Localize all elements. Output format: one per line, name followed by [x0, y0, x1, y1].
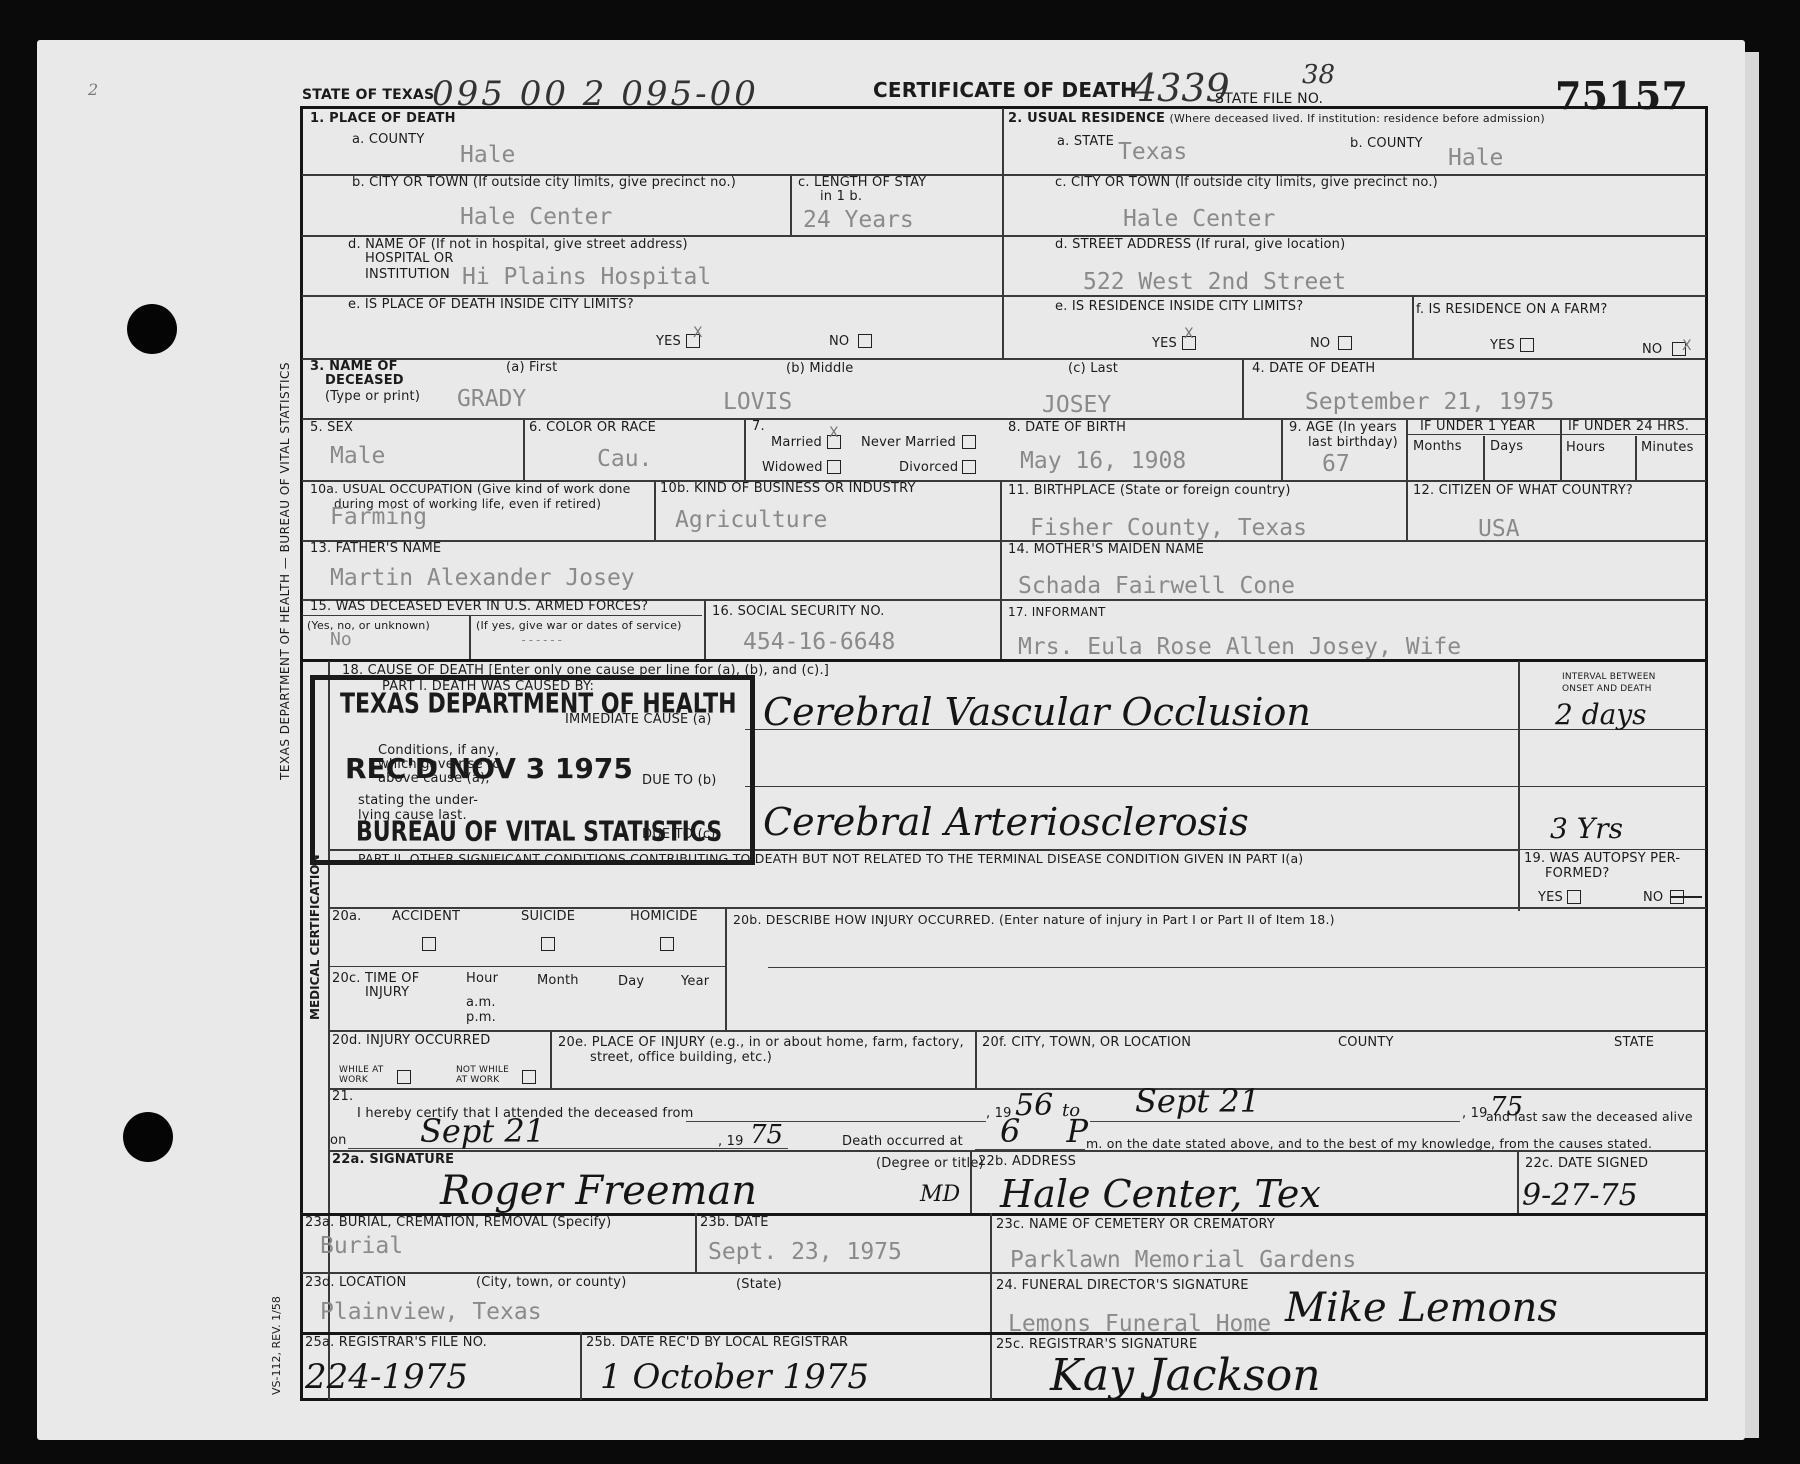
- pod-county-label: a. COUNTY: [352, 133, 424, 147]
- date-signed-value: 9-27-75: [1522, 1178, 1638, 1213]
- farm-label: f. IS RESIDENCE ON A FARM?: [1416, 303, 1607, 317]
- res-county-value: Hale: [1448, 146, 1503, 170]
- mother-value: Schada Fairwell Cone: [1018, 574, 1295, 598]
- rule-thick: [302, 1332, 1706, 1335]
- divorced-label: Divorced: [899, 461, 958, 475]
- rule: [302, 1272, 1706, 1274]
- cert-num-label: 21.: [332, 1090, 353, 1104]
- rule: [1517, 1150, 1519, 1213]
- death-at-label: Death occurred at: [842, 1135, 963, 1149]
- hour-label: Hour: [466, 972, 498, 986]
- res-county-label: b. COUNTY: [1350, 137, 1423, 151]
- name-label-1: 3. NAME OF: [310, 360, 398, 374]
- state-file-label: STATE FILE NO.: [1215, 92, 1323, 106]
- armed-sub1-label: (Yes, no, or unknown): [307, 620, 430, 632]
- from-line: [686, 1121, 986, 1122]
- burial-method-value: Burial: [320, 1234, 403, 1258]
- check-x-icon: X: [829, 425, 839, 441]
- on-date-value: Sept 21: [420, 1112, 545, 1150]
- punch-hole-bottom: [123, 1112, 173, 1162]
- pod-yes-label: YES: [656, 335, 681, 349]
- cemetery-label: 23c. NAME OF CEMETERY OR CREMATORY: [996, 1218, 1275, 1232]
- middle-name-label: (b) Middle: [786, 362, 853, 376]
- registrar-date-value: 1 October 1975: [600, 1357, 869, 1397]
- date-signed-label: 22c. DATE SIGNED: [1525, 1157, 1648, 1171]
- not-while-work-label: NOT WHILE AT WORK: [456, 1065, 516, 1085]
- under-24-label: IF UNDER 24 HRS.: [1568, 420, 1689, 434]
- rule: [1406, 418, 1408, 540]
- residence-section-title: 2. USUAL RESIDENCE: [1008, 111, 1165, 126]
- punch-hole-top: [127, 304, 177, 354]
- rule: [1412, 295, 1414, 358]
- on-label: on: [330, 1134, 347, 1148]
- pod-inside-no-checkbox[interactable]: [858, 334, 872, 348]
- signature-label: 22a. SIGNATURE: [332, 1153, 454, 1167]
- suicide-checkbox[interactable]: [541, 937, 555, 951]
- department-side-label: TEXAS DEPARTMENT OF HEALTH — BUREAU OF V…: [278, 362, 292, 780]
- date-of-death-label: 4. DATE OF DEATH: [1252, 362, 1375, 376]
- rule: [704, 599, 706, 659]
- registrar-file-value: 224-1975: [305, 1357, 468, 1397]
- form-right-border: [1705, 108, 1708, 1400]
- age-label-1: 9. AGE (In years: [1289, 421, 1397, 435]
- handwritten-file-suffix: 38: [1302, 60, 1335, 90]
- business-value: Agriculture: [675, 508, 827, 532]
- cause-a-value: Cerebral Vascular Occlusion: [763, 690, 1311, 734]
- res-yes-label: YES: [1152, 337, 1177, 351]
- am-label: a.m.: [466, 996, 496, 1010]
- hospital-label-1: d. NAME OF (If not in hospital, give str…: [348, 238, 688, 252]
- suicide-label: SUICIDE: [521, 910, 575, 924]
- accident-label: ACCIDENT: [392, 910, 460, 924]
- armed-sub2-label: (If yes, give war or dates of service): [476, 620, 682, 632]
- occupation-value: Farming: [330, 505, 427, 529]
- physician-signature: Roger Freeman: [440, 1168, 757, 1214]
- describe-injury-label: 20b. DESCRIBE HOW INJURY OCCURRED. (Ente…: [733, 913, 1335, 927]
- father-label: 13. FATHER'S NAME: [310, 542, 441, 556]
- degree-value: MD: [920, 1182, 960, 1207]
- res-inside-limits-label: e. IS RESIDENCE INSIDE CITY LIMITS?: [1055, 300, 1303, 314]
- last-name-value: JOSEY: [1042, 393, 1111, 417]
- birthplace-value: Fisher County, Texas: [1030, 516, 1307, 540]
- stamp-line-3: BUREAU OF VITAL STATISTICS: [356, 817, 722, 848]
- interval-c-value: 3 Yrs: [1550, 812, 1623, 845]
- rule-thick: [302, 659, 1706, 662]
- armed-service-value: ------: [520, 628, 563, 652]
- birthplace-label: 11. BIRTHPLACE (State or foreign country…: [1008, 484, 1291, 498]
- date-of-death-value: September 21, 1975: [1305, 390, 1554, 414]
- father-value: Martin Alexander Josey: [330, 566, 635, 590]
- marital-label: 7.: [752, 420, 765, 434]
- months-label: Months: [1413, 440, 1462, 454]
- divorced-checkbox[interactable]: [962, 460, 976, 474]
- rule: [975, 1030, 977, 1088]
- state-of-texas-label: STATE OF TEXAS: [302, 88, 434, 102]
- stay-label: c. LENGTH OF STAY: [798, 176, 926, 190]
- citizen-value: USA: [1478, 517, 1520, 541]
- burial-date-value: Sept. 23, 1975: [708, 1240, 902, 1264]
- rule: [550, 1030, 552, 1088]
- widowed-checkbox[interactable]: [827, 460, 841, 474]
- accident-checkbox[interactable]: [422, 937, 436, 951]
- injury-county-label: COUNTY: [1338, 1036, 1394, 1050]
- autopsy-no-mark: [1670, 896, 1702, 898]
- on-year-prefix: , 19: [718, 1135, 744, 1149]
- stay-value: 24 Years: [803, 208, 914, 232]
- sex-label: 5. SEX: [310, 421, 353, 435]
- minutes-label: Minutes: [1641, 441, 1694, 455]
- ssn-value: 454-16-6648: [743, 630, 895, 654]
- armed-forces-label: 15. WAS DECEASED EVER IN U.S. ARMED FORC…: [310, 600, 648, 614]
- funeral-director-signature: Mike Lemons: [1285, 1285, 1558, 1331]
- hospital-label-3: INSTITUTION: [365, 268, 450, 282]
- cert-text-3: m. on the date stated above, and to the …: [1086, 1137, 1652, 1151]
- day-label: Day: [618, 975, 644, 989]
- injury-state-label: STATE: [1614, 1036, 1654, 1050]
- to-year-prefix: , 19: [1462, 1107, 1488, 1121]
- registrar-file-label: 25a. REGISTRAR'S FILE NO.: [305, 1336, 487, 1350]
- res-state-label: a. STATE: [1057, 135, 1114, 149]
- rule: [654, 480, 656, 540]
- farm-yes-label: YES: [1490, 339, 1515, 353]
- pod-city-value: Hale Center: [460, 205, 612, 229]
- hours-label: Hours: [1566, 441, 1605, 455]
- rule: [1483, 436, 1485, 480]
- residence-label: 2. USUAL RESIDENCE (Where deceased lived…: [1008, 112, 1545, 126]
- stay-sublabel: in 1 b.: [820, 190, 862, 204]
- stamp-line-1: TEXAS DEPARTMENT OF HEALTH: [340, 689, 737, 720]
- burial-date-label: 23b. DATE: [700, 1216, 769, 1230]
- certificate-title: CERTIFICATE OF DEATH: [873, 79, 1137, 101]
- farm-no-label: NO: [1642, 343, 1662, 357]
- occupation-label-1: 10a. USUAL OCCUPATION (Give kind of work…: [310, 482, 631, 496]
- rule: [302, 615, 702, 616]
- race-label: 6. COLOR OR RACE: [529, 421, 656, 435]
- rule: [695, 1213, 697, 1273]
- autopsy-label-1: 19. WAS AUTOPSY PER-: [1524, 852, 1680, 866]
- col-divider-upper: [1002, 108, 1004, 360]
- residence-note: (Where deceased lived. If institution: r…: [1169, 112, 1544, 125]
- while-work-label: WHILE AT WORK: [339, 1065, 389, 1085]
- rule: [790, 174, 792, 235]
- rule: [1408, 434, 1706, 435]
- corner-mark: 2: [88, 80, 98, 99]
- cemetery-value: Parklawn Memorial Gardens: [1010, 1248, 1356, 1272]
- check-x-icon: X: [693, 325, 703, 341]
- rule: [744, 418, 746, 480]
- res-state-value: Texas: [1118, 140, 1187, 164]
- res-city-value: Hale Center: [1123, 207, 1275, 231]
- autopsy-yes-label: YES: [1538, 891, 1563, 905]
- rule: [1281, 418, 1283, 480]
- to-date-value: Sept 21: [1135, 1082, 1260, 1120]
- mother-label: 14. MOTHER'S MAIDEN NAME: [1008, 543, 1204, 557]
- not-while-work-checkbox[interactable]: [522, 1070, 536, 1084]
- citizen-label: 12. CITIZEN OF WHAT COUNTRY?: [1413, 484, 1633, 498]
- sex-value: Male: [330, 444, 385, 468]
- rule: [580, 1332, 582, 1400]
- paper-edge: [1745, 52, 1759, 1438]
- rule: [745, 786, 1706, 787]
- header-rule: [300, 106, 1708, 109]
- rule: [1560, 418, 1562, 480]
- rule: [1518, 849, 1706, 850]
- place-injury-label-1: 20e. PLACE OF INJURY (e.g., in or about …: [558, 1036, 964, 1050]
- ssn-label: 16. SOCIAL SECURITY NO.: [712, 605, 885, 619]
- age-label-2: last birthday): [1308, 436, 1398, 450]
- place-of-death-label: 1. PLACE OF DEATH: [310, 112, 456, 126]
- injury-type-label: 20a.: [332, 910, 361, 924]
- race-value: Cau.: [597, 447, 652, 471]
- under-year-label: IF UNDER 1 YEAR: [1420, 420, 1536, 434]
- pod-no-label: NO: [829, 335, 849, 349]
- address-value: Hale Center, Tex: [1000, 1172, 1321, 1216]
- res-street-label: d. STREET ADDRESS (If rural, give locati…: [1055, 238, 1345, 252]
- certificate-number: 75157: [1555, 76, 1688, 116]
- business-label: 10b. KIND OF BUSINESS OR INDUSTRY: [660, 482, 916, 496]
- place-injury-label-2: street, office building, etc.): [590, 1051, 772, 1065]
- rule: [1635, 436, 1637, 480]
- res-street-value: 522 West 2nd Street: [1083, 270, 1346, 294]
- form-revision-label: VS-112, REV. 1/58: [270, 1296, 283, 1395]
- name-label-3: (Type or print): [325, 390, 420, 404]
- pod-city-label: b. CITY OR TOWN (If outside city limits,…: [352, 176, 736, 190]
- location-state-sub-label: (State): [736, 1278, 782, 1292]
- first-name-label: (a) First: [506, 361, 557, 375]
- interval-label-2: ONSET AND DEATH: [1562, 684, 1652, 694]
- time-label-2: INJURY: [365, 986, 409, 1000]
- never-married-label: Never Married: [861, 436, 956, 450]
- dob-label: 8. DATE OF BIRTH: [1008, 421, 1126, 435]
- registrar-date-label: 25b. DATE REC'D BY LOCAL REGISTRAR: [586, 1336, 848, 1350]
- married-label: Married: [771, 436, 822, 450]
- stamp-line-2: REC'D NOV 3 1975: [345, 752, 633, 785]
- res-city-label: c. CITY OR TOWN (If outside city limits,…: [1055, 176, 1438, 190]
- days-label: Days: [1490, 440, 1523, 454]
- certificate-paper: [37, 40, 1745, 1440]
- rule: [330, 1150, 1706, 1152]
- on-year-value: 75: [750, 1120, 783, 1150]
- form-bottom-border: [300, 1398, 1708, 1401]
- cert-text-2: and last saw the deceased alive: [1486, 1110, 1693, 1124]
- degree-label: (Degree or title): [876, 1157, 984, 1171]
- pod-county-value: Hale: [460, 143, 515, 167]
- informant-value: Mrs. Eula Rose Allen Josey, Wife: [1018, 635, 1461, 659]
- autopsy-no-label: NO: [1643, 891, 1663, 905]
- never-married-checkbox[interactable]: [962, 435, 976, 449]
- rule: [523, 418, 525, 480]
- address-label: 22b. ADDRESS: [978, 1155, 1076, 1169]
- hospital-value: Hi Plains Hospital: [462, 265, 711, 289]
- rule: [469, 615, 471, 659]
- armed-forces-value: No: [330, 628, 352, 652]
- autopsy-label-2: FORMED?: [1545, 867, 1609, 881]
- interval-label-1: INTERVAL BETWEEN: [1562, 672, 1656, 682]
- widowed-label: Widowed: [762, 461, 823, 475]
- injury-occurred-label: 20d. INJURY OCCURRED: [332, 1034, 490, 1048]
- check-x-icon: X: [1184, 326, 1194, 342]
- farm-yes-checkbox[interactable]: [1520, 338, 1534, 352]
- rule: [1242, 358, 1244, 418]
- rule: [1000, 480, 1002, 660]
- injury-city-label: 20f. CITY, TOWN, OR LOCATION: [982, 1036, 1191, 1050]
- form-left-border: [300, 108, 303, 1400]
- pod-inside-limits-label: e. IS PLACE OF DEATH INSIDE CITY LIMITS?: [348, 298, 634, 312]
- time-label-1: 20c. TIME OF: [332, 972, 419, 986]
- year-label: Year: [681, 975, 709, 989]
- medical-certification-label: MEDICAL CERTIFICATION: [308, 854, 322, 1020]
- first-name-value: GRADY: [457, 387, 526, 411]
- pm-label: p.m.: [466, 1011, 496, 1025]
- rule: [768, 967, 1706, 968]
- rule: [725, 907, 727, 1030]
- dob-value: May 16, 1908: [1020, 449, 1186, 473]
- registrar-signature: Kay Jackson: [1050, 1350, 1321, 1401]
- last-name-label: (c) Last: [1068, 362, 1118, 376]
- res-inside-no-checkbox[interactable]: [1338, 336, 1352, 350]
- interval-a-value: 2 days: [1555, 698, 1647, 731]
- informant-label: 17. INFORMANT: [1008, 605, 1106, 619]
- middle-name-value: LOVIS: [723, 390, 792, 414]
- month-label: Month: [537, 974, 579, 988]
- homicide-label: HOMICIDE: [630, 910, 698, 924]
- funeral-director-label: 24. FUNERAL DIRECTOR'S SIGNATURE: [996, 1279, 1249, 1293]
- res-no-label: NO: [1310, 337, 1330, 351]
- check-x-icon: X: [1682, 338, 1692, 354]
- to-line: [1090, 1121, 1460, 1122]
- homicide-checkbox[interactable]: [660, 937, 674, 951]
- location-value: Plainview, Texas: [320, 1300, 542, 1324]
- burial-method-label: 23a. BURIAL, CREMATION, REMOVAL (Specify…: [305, 1216, 611, 1230]
- rule: [330, 1030, 1706, 1032]
- hospital-label-2: HOSPITAL OR: [365, 252, 454, 266]
- while-work-checkbox[interactable]: [397, 1070, 411, 1084]
- name-label-2: DECEASED: [325, 374, 404, 388]
- cause-c-value: Cerebral Arteriosclerosis: [763, 800, 1249, 844]
- location-label: 23d. LOCATION: [305, 1276, 406, 1290]
- age-value: 67: [1322, 452, 1350, 476]
- location-sub-label: (City, town, or county): [476, 1276, 626, 1290]
- autopsy-yes-checkbox[interactable]: [1567, 890, 1581, 904]
- rule: [990, 1213, 992, 1400]
- rule: [330, 966, 725, 967]
